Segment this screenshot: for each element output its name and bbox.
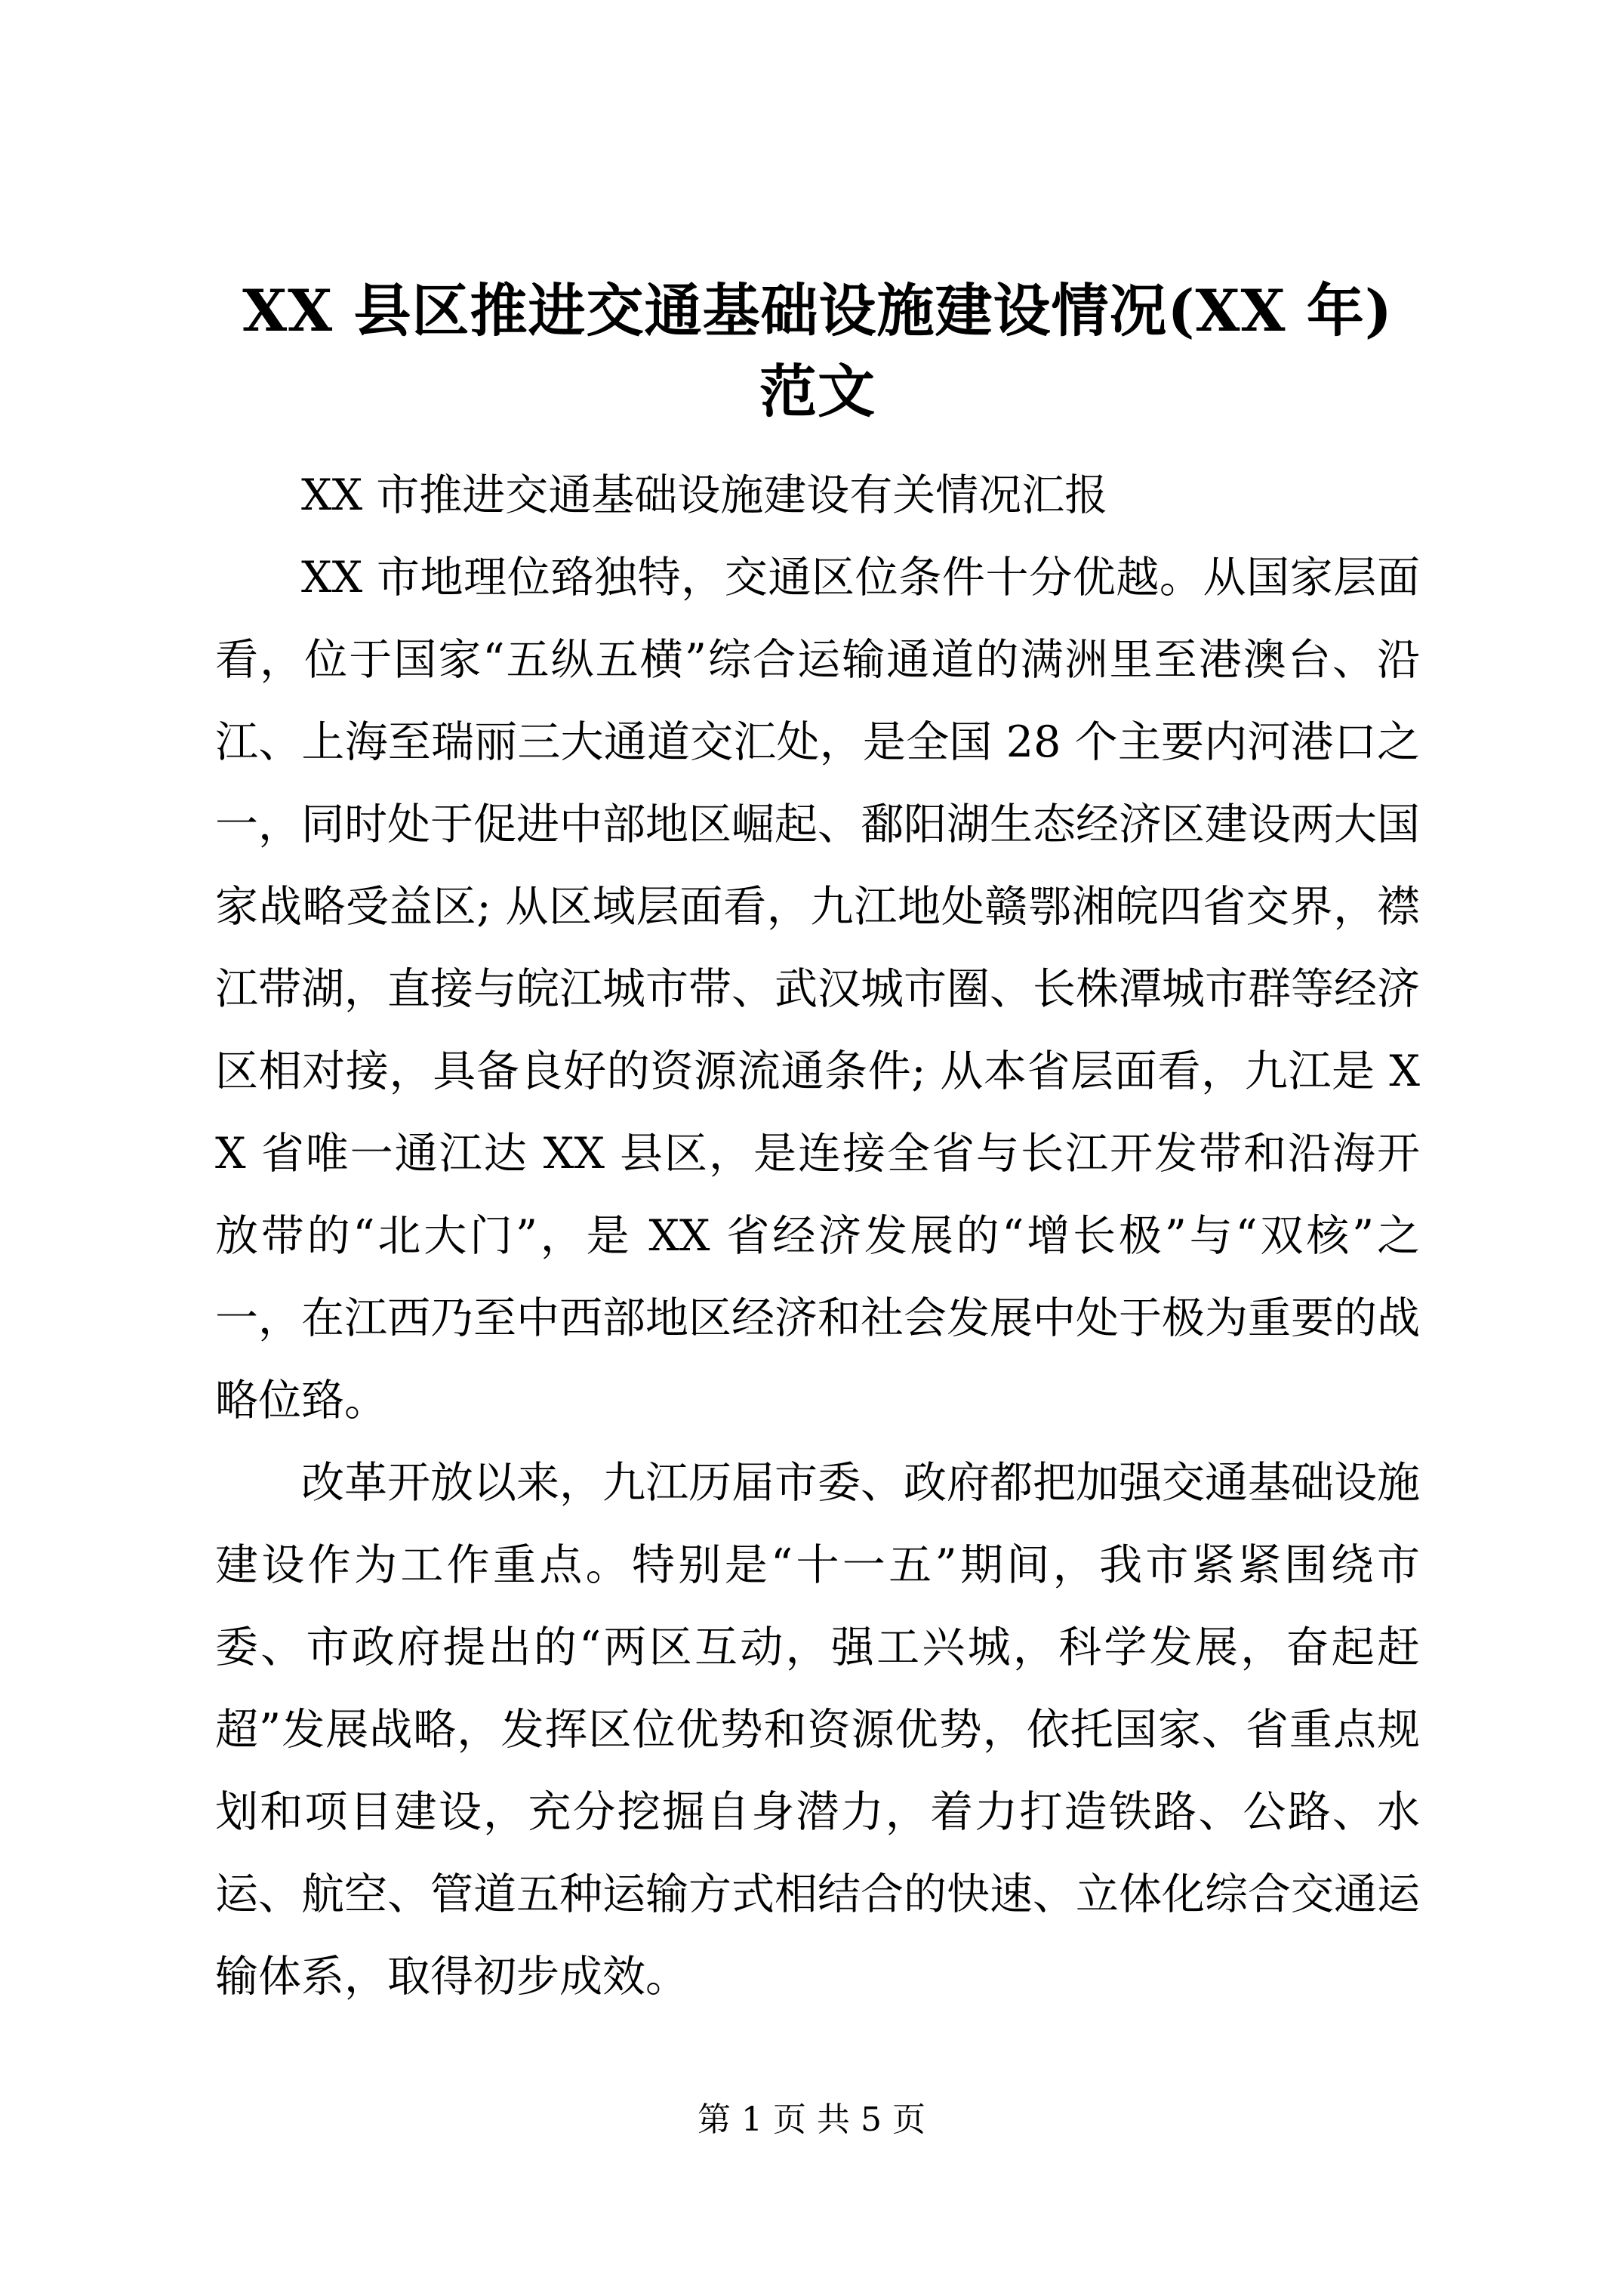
- paragraph-location-advantages: XX 市地理位臵独特，交通区位条件十分优越。从国家层面看，位于国家“五纵五横”综…: [215, 537, 1420, 1442]
- document-title: XX 县区推进交通基础设施建设情况(XX 年)范文: [215, 270, 1420, 432]
- document-page: XX 县区推进交通基础设施建设情况(XX 年)范文 XX 市推进交通基础设施建设…: [0, 0, 1623, 2296]
- paragraph-construction-progress: 改革开放以来，九江历届市委、政府都把加强交通基础设施建设作为工作重点。特别是“十…: [215, 1442, 1420, 2018]
- page-number-label: 第 1 页 共 5 页: [698, 2100, 925, 2139]
- document-body: XX 县区推进交通基础设施建设情况(XX 年)范文 XX 市推进交通基础设施建设…: [215, 270, 1420, 2018]
- page-footer: 第 1 页 共 5 页: [0, 2097, 1623, 2143]
- paragraph-report-heading: XX 市推进交通基础设施建设有关情况汇报: [215, 455, 1420, 537]
